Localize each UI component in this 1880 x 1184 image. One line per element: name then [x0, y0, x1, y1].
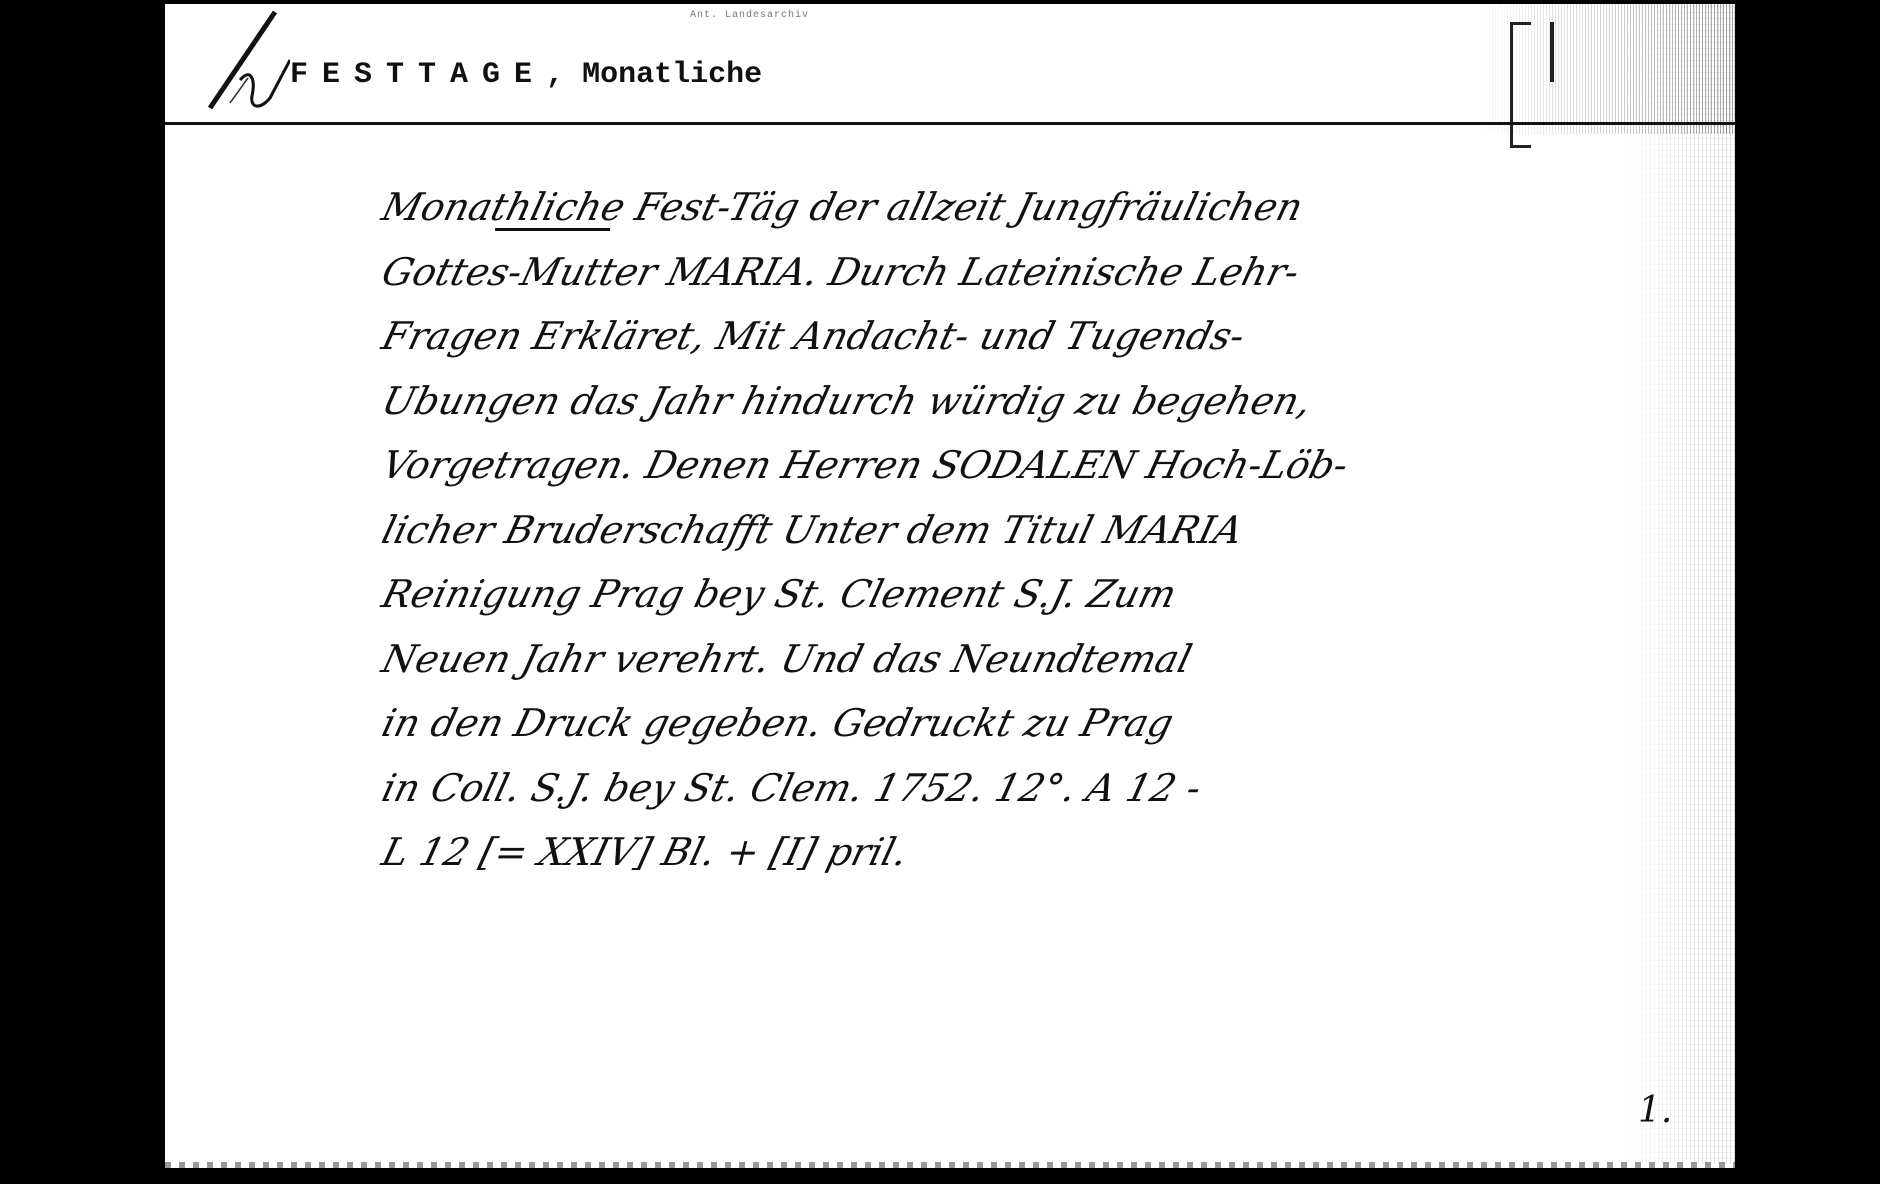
description-line: in den Druck gegeben. Gedruckt zu Prag	[375, 691, 1681, 756]
description-line: Gottes-Mutter MARIA. Durch Lateinische L…	[375, 240, 1681, 305]
description-line: Neuen Jahr verehrt. Und das Neundtemal	[375, 627, 1681, 692]
heading-separator: ,	[546, 58, 564, 92]
description-line: Fragen Erkläret, Mit Andacht- und Tugend…	[375, 304, 1681, 369]
page-number: 1.	[1638, 1090, 1672, 1131]
heading-keyword: FESTTAGE	[290, 58, 546, 92]
heading-subtitle: Monatliche	[582, 58, 762, 92]
handwritten-monogram-icon	[200, 8, 290, 118]
description-line: Reinigung Prag bey St. Clement S.J. Zum	[375, 562, 1681, 627]
description-line: Monathliche Fest-Täg der allzeit Jungfrä…	[375, 175, 1681, 240]
description-line: in Coll. S.J. bey St. Clem. 1752. 12°. A…	[375, 756, 1681, 821]
description-line: licher Bruderschafft Unter dem Titul MAR…	[375, 498, 1681, 563]
description-line: Vorgetragen. Denen Herren SODALEN Hoch-L…	[375, 433, 1681, 498]
scan-noise-bottom	[165, 1162, 1735, 1168]
card-heading: FESTTAGE, Monatliche	[290, 58, 762, 92]
bracket-mark-2	[1550, 22, 1554, 82]
faint-stamp: Ant. Landesarchiv	[690, 10, 809, 21]
bracket-mark	[1510, 22, 1531, 148]
header-rule	[165, 122, 1735, 125]
handwritten-description: Monathliche Fest-Täg der allzeit Jungfrä…	[375, 175, 1665, 885]
description-line: Ubungen das Jahr hindurch würdig zu bege…	[375, 369, 1681, 434]
description-line: L 12 [= XXIV] Bl. + [I] pril.	[375, 820, 1681, 885]
